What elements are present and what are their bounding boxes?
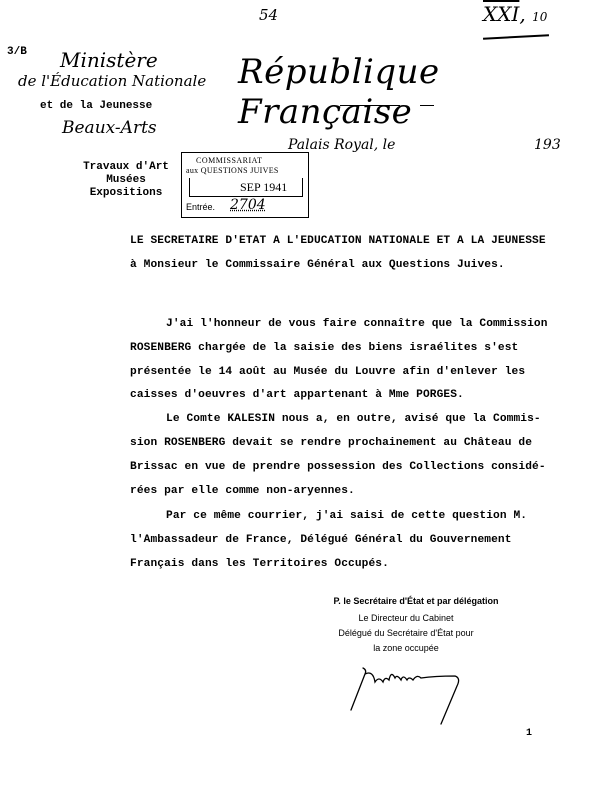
reference-sub: 10 bbox=[532, 10, 547, 24]
body-line: rées par elle comme non-aryennes. bbox=[130, 485, 355, 497]
body-line: Français dans les Territoires Occupés. bbox=[130, 558, 389, 570]
department-line: Travaux d'Art bbox=[70, 161, 182, 174]
reception-stamp: COMMISSARIAT aux QUESTIONS JUIVES SEP 19… bbox=[181, 152, 309, 218]
file-code: 3/B bbox=[7, 46, 27, 58]
body-line: Par ce même courrier, j'ai saisi de cett… bbox=[166, 510, 527, 522]
body-line: l'Ambassadeur de France, Délégué Général… bbox=[130, 534, 512, 546]
signature-authority: P. le Secrétaire d'État et par délégatio… bbox=[326, 596, 506, 606]
year: 193 bbox=[534, 137, 561, 153]
letterhead-title: République Française bbox=[238, 52, 607, 132]
stamp-entry-number: 2704 bbox=[230, 197, 266, 213]
department-line: Expositions bbox=[70, 187, 182, 200]
stamp-entry-label: Entrée. bbox=[186, 202, 215, 212]
body-line: ROSENBERG chargée de la saisie des biens… bbox=[130, 342, 518, 354]
reference-number: XXI bbox=[483, 2, 519, 26]
signature-title: Délégué du Secrétaire d'État pour bbox=[326, 628, 486, 638]
letterhead-rule bbox=[420, 105, 434, 106]
reference-underline bbox=[483, 34, 549, 39]
body-line: présentée le 14 août au Musée du Louvre … bbox=[130, 366, 525, 378]
signature-title: Le Directeur du Cabinet bbox=[326, 613, 486, 623]
stamp-line: COMMISSARIAT bbox=[196, 156, 262, 165]
ministry-name: de l'Éducation Nationale bbox=[18, 72, 206, 90]
department-block: Travaux d'Art Musées Expositions bbox=[70, 161, 182, 200]
place-date: Palais Royal, le bbox=[288, 137, 395, 153]
page-mark: 1 bbox=[526, 728, 532, 739]
letterhead-rule bbox=[340, 105, 400, 106]
signature-title: la zone occupée bbox=[326, 643, 486, 653]
ministry-department: Beaux-Arts bbox=[62, 118, 157, 138]
stamp-line: aux QUESTIONS JUIVES bbox=[186, 166, 279, 175]
body-line: sion ROSENBERG devait se rendre prochain… bbox=[130, 437, 532, 449]
ministry-title: Ministère bbox=[60, 48, 158, 72]
ministry-sub: et de la Jeunesse bbox=[40, 100, 152, 112]
handwritten-signature bbox=[345, 660, 475, 730]
reference-annotation: XXI, 10 bbox=[483, 2, 547, 26]
body-line: J'ai l'honneur de vous faire connaître q… bbox=[166, 318, 548, 330]
stamp-date: SEP 1941 bbox=[240, 180, 287, 195]
body-line: Brissac en vue de prendre possession des… bbox=[130, 461, 546, 473]
recipient-line: à Monsieur le Commissaire Général aux Qu… bbox=[130, 259, 505, 271]
department-line: Musées bbox=[70, 174, 182, 187]
sender-line: LE SECRETAIRE D'ETAT A L'EDUCATION NATIO… bbox=[130, 235, 546, 247]
body-line: caisses d'oeuvres d'art appartenant à Mm… bbox=[130, 389, 464, 401]
body-line: Le Comte KALESIN nous a, en outre, avisé… bbox=[166, 413, 541, 425]
folio-number: 54 bbox=[259, 6, 278, 24]
